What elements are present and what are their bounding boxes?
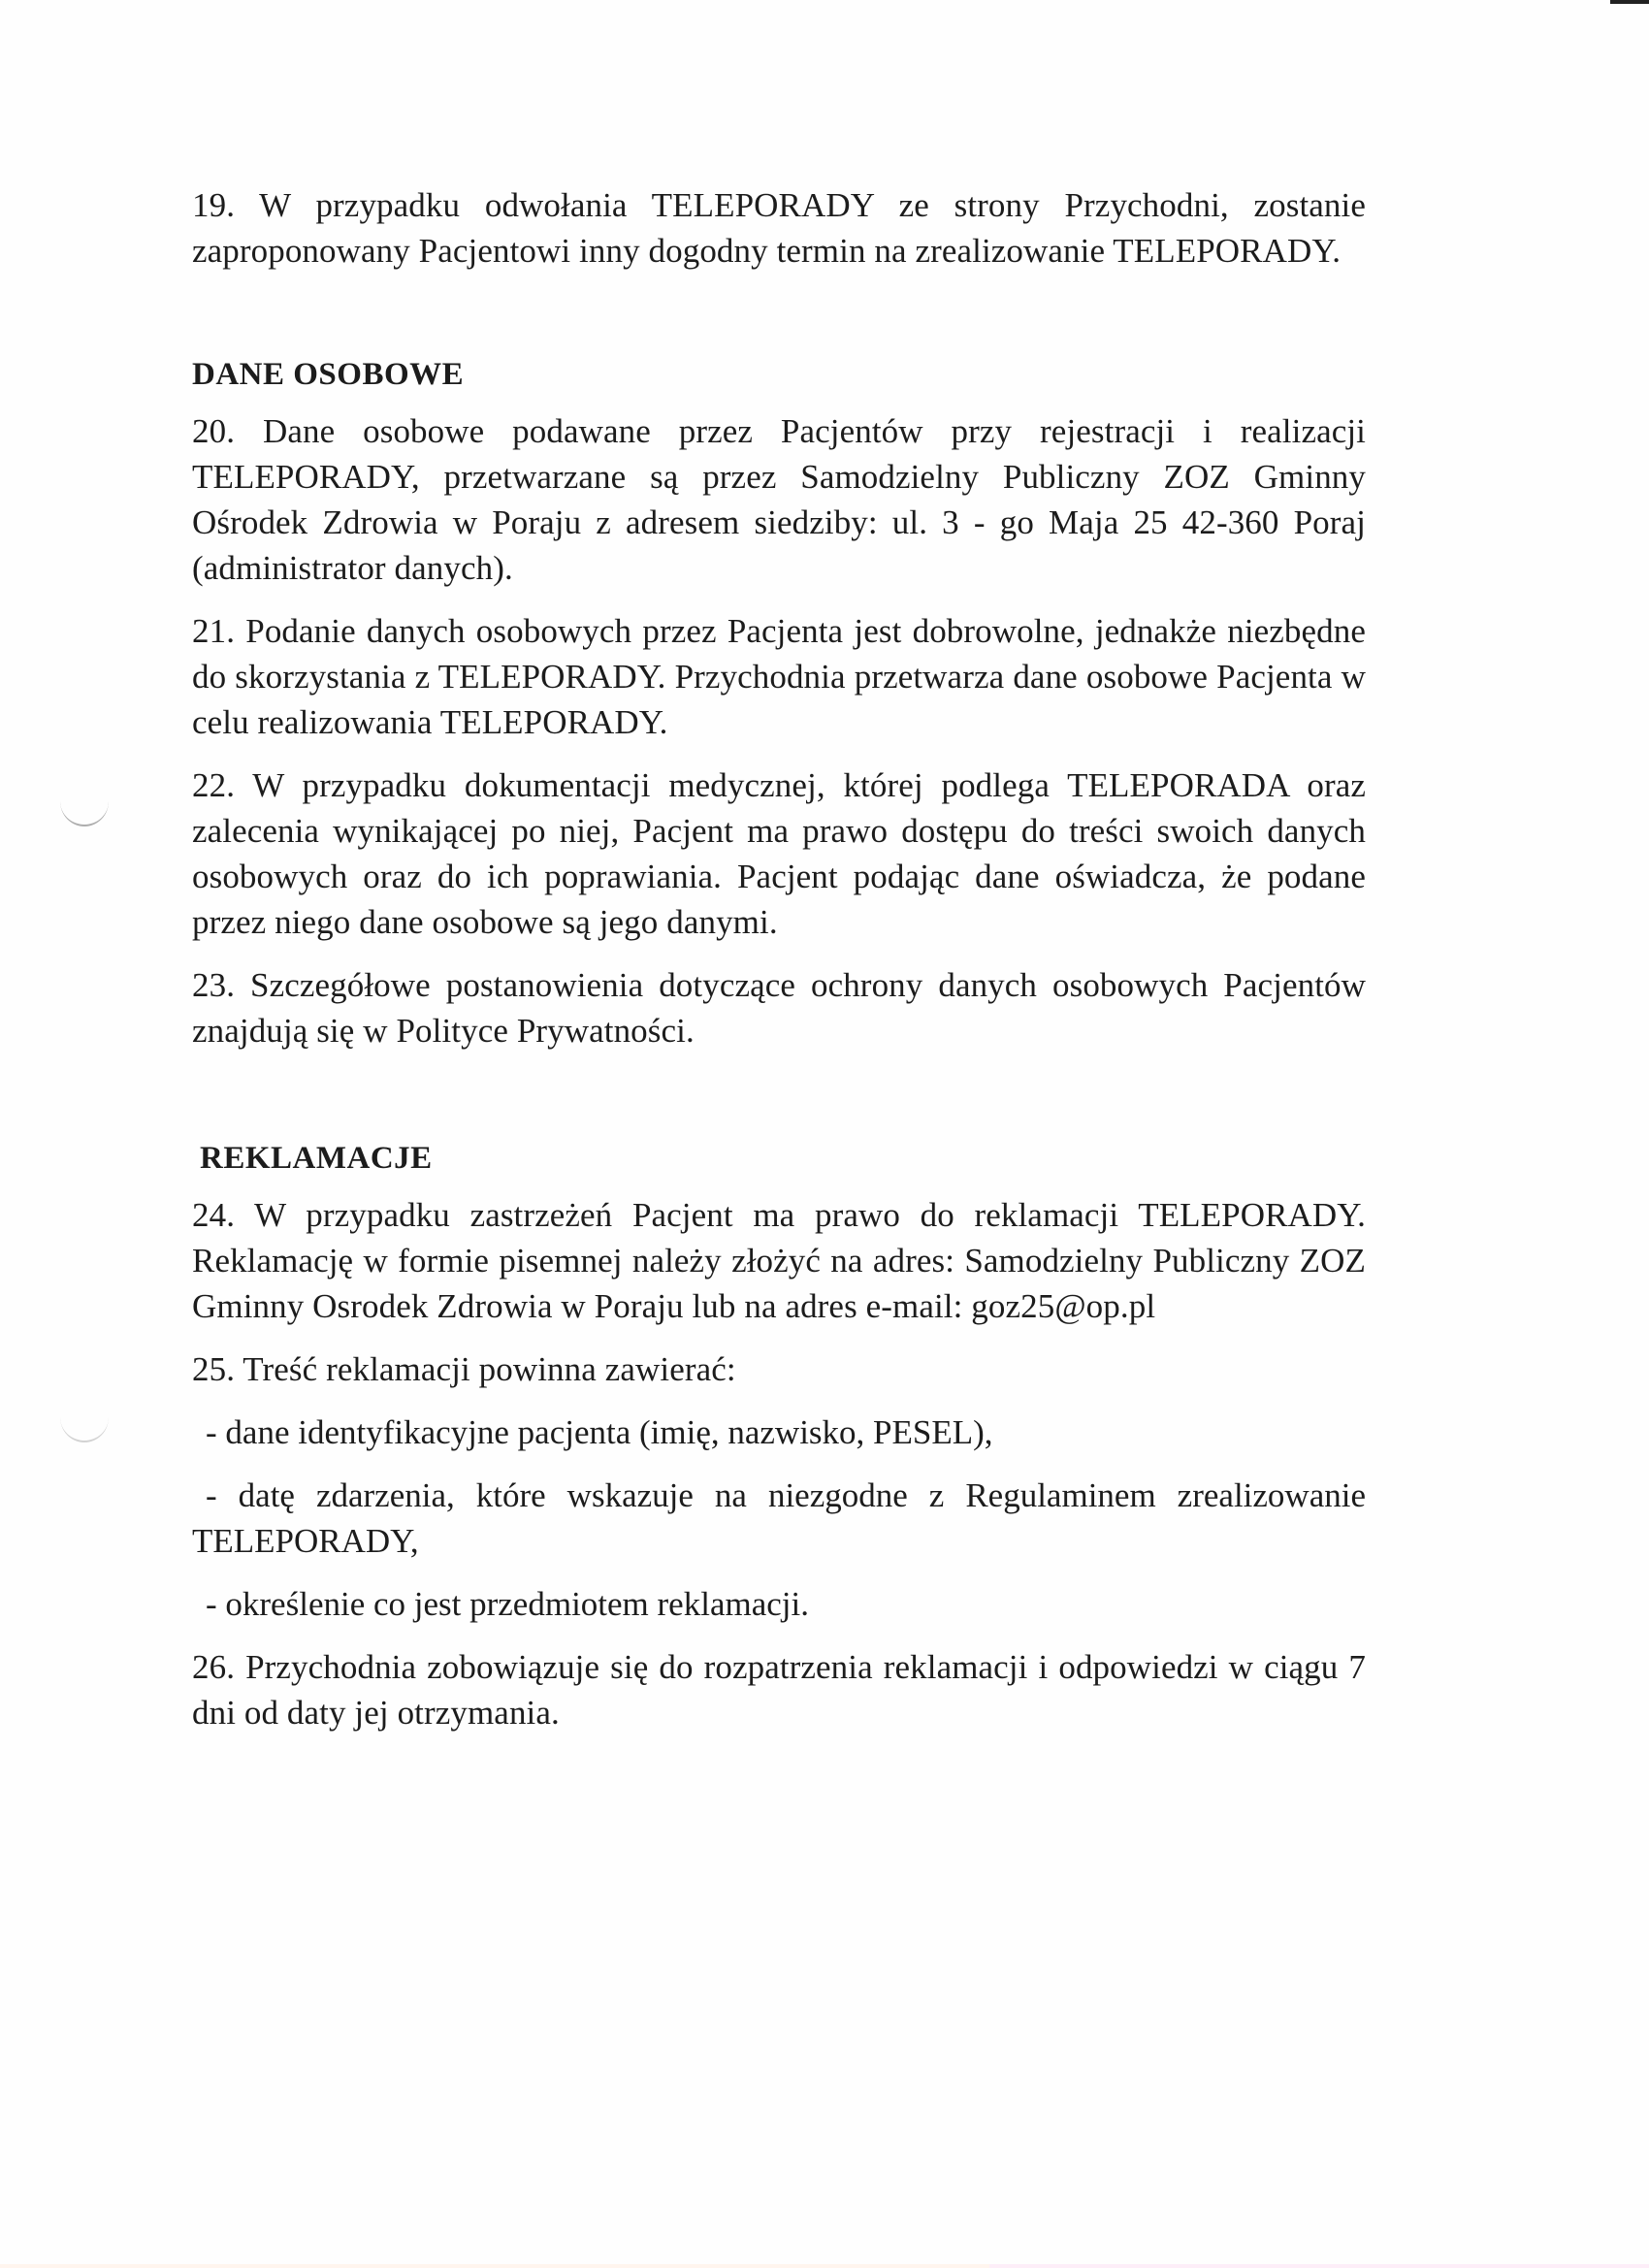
section-heading-reklamacje: REKLAMACJE xyxy=(192,1141,1366,1177)
list-item-complaint-requirement: - dane identyfikacyjne pacjenta (imię, n… xyxy=(192,1409,1366,1455)
paragraph-23: 23. Szczegółowe postanowienia dotyczące … xyxy=(192,962,1366,1053)
scan-bottom-edge xyxy=(0,2264,1649,2268)
document-page: 19. W przypadku odwołania TELEPORADY ze … xyxy=(192,182,1366,1753)
punch-hole-mark xyxy=(60,1392,109,1442)
paragraph-26: 26. Przychodnia zobowiązuje się do rozpa… xyxy=(192,1644,1366,1735)
scan-edge-mark xyxy=(1610,0,1649,4)
paragraph-25: 25. Treść reklamacji powinna zawierać: xyxy=(192,1346,1366,1392)
paragraph-24: 24. W przypadku zastrzeżeń Pacjent ma pr… xyxy=(192,1192,1366,1329)
paragraph-20: 20. Dane osobowe podawane przez Pacjentó… xyxy=(192,408,1366,591)
list-item-complaint-requirement: - datę zdarzenia, które wskazuje na niez… xyxy=(192,1473,1366,1564)
paragraph-21: 21. Podanie danych osobowych przez Pacje… xyxy=(192,608,1366,745)
list-item-complaint-requirement: - określenie co jest przedmiotem reklama… xyxy=(192,1581,1366,1627)
paragraph-19: 19. W przypadku odwołania TELEPORADY ze … xyxy=(192,182,1366,274)
section-heading-dane-osobowe: DANE OSOBOWE xyxy=(192,357,1366,393)
paragraph-22: 22. W przypadku dokumentacji medycznej, … xyxy=(192,762,1366,945)
punch-hole-mark xyxy=(60,776,109,826)
